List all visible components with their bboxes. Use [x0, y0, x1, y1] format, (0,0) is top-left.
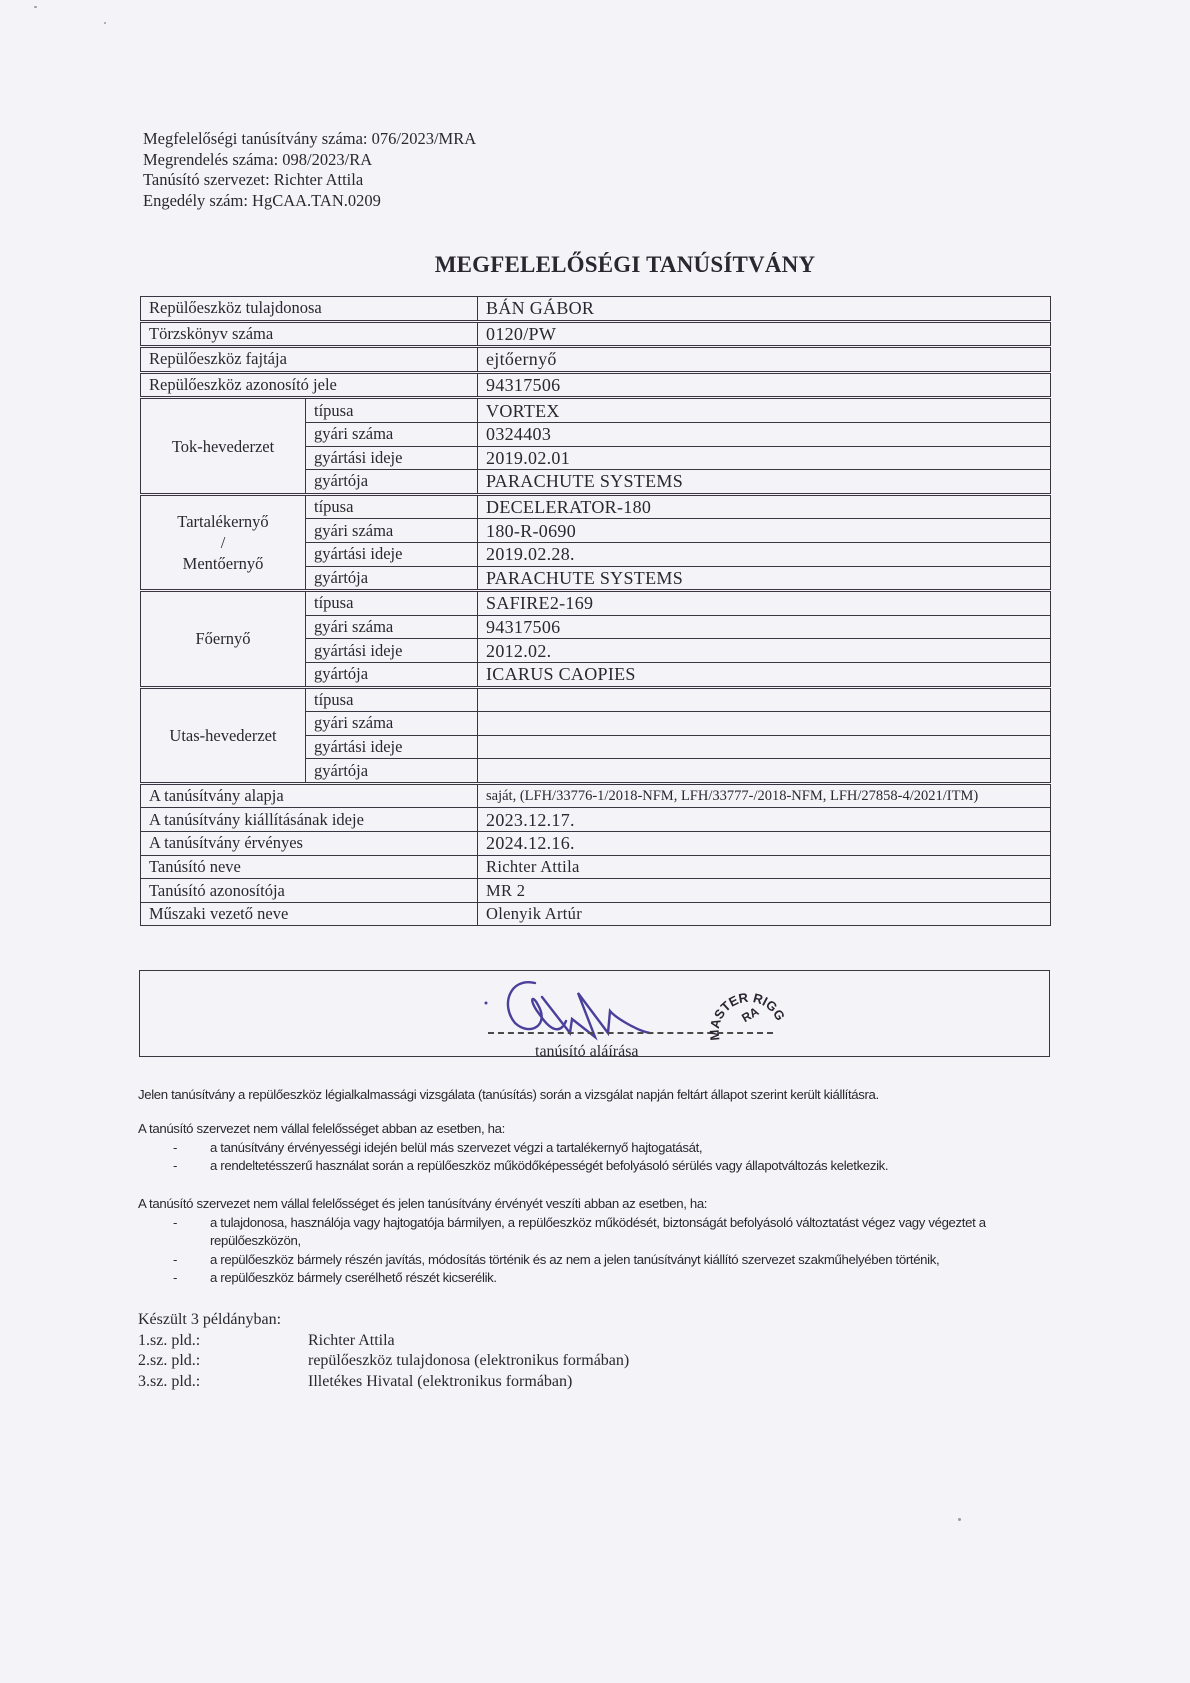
liability-section-2: A tanúsító szervezet nem vállal felelőss…: [138, 1195, 1058, 1288]
master-rigger-stamp-icon: MASTER RIGGER 2 RA: [708, 978, 788, 1048]
sub-label: típusa: [306, 494, 478, 519]
list-item: a repülőeszköz bármely cserélhető részét…: [138, 1269, 1058, 1288]
sub-label: típusa: [306, 398, 478, 423]
row-label: A tanúsítvány érvényes: [141, 832, 478, 856]
sub-label: gyári száma: [306, 615, 478, 639]
header-block: Megfelelőségi tanúsítvány száma: 076/202…: [143, 129, 476, 211]
table-row: Műszaki vezető neve Olenyik Artúr: [141, 902, 1051, 926]
document-title: MEGFELELŐSÉGI TANÚSÍTVÁNY: [0, 252, 1190, 278]
sub-value: DECELERATOR-180: [478, 494, 1051, 519]
liability-list-1: a tanúsítvány érvényességi idején belül …: [138, 1139, 1038, 1176]
sub-value: [478, 735, 1051, 759]
sub-value: 94317506: [478, 615, 1051, 639]
liability-intro-2: A tanúsító szervezet nem vállal felelőss…: [138, 1195, 1058, 1214]
scan-speck: [958, 1518, 961, 1521]
permit-number: Engedély szám: HgCAA.TAN.0209: [143, 191, 476, 212]
list-item: a tulajdonosa, használója vagy hajtogató…: [138, 1214, 1058, 1251]
row-label: Repülőeszköz tulajdonosa: [141, 297, 478, 322]
stamp-inner-text: RA: [739, 1004, 761, 1025]
type-value: ejtőernyő: [478, 347, 1051, 373]
row-label: Műszaki vezető neve: [141, 902, 478, 926]
sub-value: 2012.02.: [478, 639, 1051, 663]
group-label: Utas-hevederzet: [141, 687, 306, 783]
group-label: Tok-hevederzet: [141, 398, 306, 494]
row-label: A tanúsítvány alapja: [141, 783, 478, 808]
sub-label: gyártója: [306, 470, 478, 495]
row-label: Tanúsító neve: [141, 855, 478, 879]
group-label-line: Tartalékernyő: [149, 511, 297, 532]
sub-value: [478, 712, 1051, 736]
issue-date-value: 2023.12.17.: [478, 808, 1051, 832]
sub-value: [478, 687, 1051, 712]
group-label: Tartalékernyő / Mentőernyő: [141, 494, 306, 590]
group-label: Főernyő: [141, 591, 306, 687]
copy-key: 3.sz. pld.:: [138, 1372, 308, 1393]
copies-section: Készült 3 példányban: 1.sz. pld.: Richte…: [138, 1310, 629, 1392]
group-label-line: /: [149, 532, 297, 553]
order-number: Megrendelés száma: 098/2023/RA: [143, 150, 476, 171]
sub-label: gyártási ideje: [306, 735, 478, 759]
scan-speck: [34, 6, 37, 8]
valid-until-value: 2024.12.16.: [478, 832, 1051, 856]
sub-value: 180-R-0690: [478, 519, 1051, 543]
copy-value: repülőeszköz tulajdonosa (elektronikus f…: [308, 1351, 629, 1372]
copy-value: Richter Attila: [308, 1331, 395, 1352]
sub-value: [478, 759, 1051, 784]
list-item: a repülőeszköz bármely részén javítás, m…: [138, 1251, 1058, 1270]
table-row: Repülőeszköz azonosító jele 94317506: [141, 372, 1051, 398]
sub-value: VORTEX: [478, 398, 1051, 423]
table-row: Főernyő típusa SAFIRE2-169: [141, 591, 1051, 616]
group-label-line: Mentőernyő: [149, 553, 297, 574]
sub-value: SAFIRE2-169: [478, 591, 1051, 616]
copy-key: 2.sz. pld.:: [138, 1351, 308, 1372]
sub-label: gyártója: [306, 662, 478, 687]
certificate-table: Repülőeszköz tulajdonosa BÁN GÁBOR Törzs…: [140, 296, 1051, 926]
row-label: Repülőeszköz azonosító jele: [141, 372, 478, 398]
sub-label: gyártási ideje: [306, 446, 478, 470]
id-value: 94317506: [478, 372, 1051, 398]
table-row: A tanúsítvány érvényes 2024.12.16.: [141, 832, 1051, 856]
sub-label: gyártási ideje: [306, 542, 478, 566]
table-row: Tanúsító azonosítója MR 2: [141, 879, 1051, 903]
liability-list-2: a tulajdonosa, használója vagy hajtogató…: [138, 1214, 1058, 1288]
sub-label: gyártója: [306, 566, 478, 591]
liability-intro-1: A tanúsító szervezet nem vállal felelőss…: [138, 1120, 1038, 1139]
certificate-number: Megfelelőségi tanúsítvány száma: 076/202…: [143, 129, 476, 150]
list-item: a tanúsítvány érvényességi idején belül …: [138, 1139, 1038, 1158]
scan-speck: [104, 22, 106, 24]
table-row: A tanúsítvány kiállításának ideje 2023.1…: [141, 808, 1051, 832]
copy-key: 1.sz. pld.:: [138, 1331, 308, 1352]
copy-row: 3.sz. pld.: Illetékes Hivatal (elektroni…: [138, 1372, 629, 1393]
sub-value: PARACHUTE SYSTEMS: [478, 470, 1051, 495]
table-row: Törzskönyv száma 0120/PW: [141, 321, 1051, 347]
table-row: Tartalékernyő / Mentőernyő típusa DECELE…: [141, 494, 1051, 519]
sub-label: gyári száma: [306, 712, 478, 736]
certifier-name-value: Richter Attila: [478, 855, 1051, 879]
copy-row: 1.sz. pld.: Richter Attila: [138, 1331, 629, 1352]
table-row: Repülőeszköz fajtája ejtőernyő: [141, 347, 1051, 373]
sub-label: gyári száma: [306, 519, 478, 543]
sub-label: típusa: [306, 687, 478, 712]
sub-value: ICARUS CAOPIES: [478, 662, 1051, 687]
row-label: Tanúsító azonosítója: [141, 879, 478, 903]
table-row: Utas-hevederzet típusa: [141, 687, 1051, 712]
certifying-org: Tanúsító szervezet: Richter Attila: [143, 170, 476, 191]
table-row: A tanúsítvány alapja saját, (LFH/33776-1…: [141, 783, 1051, 808]
copies-heading: Készült 3 példányban:: [138, 1310, 629, 1331]
registry-value: 0120/PW: [478, 321, 1051, 347]
sub-value: 2019.02.28.: [478, 542, 1051, 566]
table-row: Tok-hevederzet típusa VORTEX: [141, 398, 1051, 423]
row-label: Repülőeszköz fajtája: [141, 347, 478, 373]
sub-label: gyártási ideje: [306, 639, 478, 663]
list-item: a rendeltetésszerű használat során a rep…: [138, 1157, 1038, 1176]
row-label: A tanúsítvány kiállításának ideje: [141, 808, 478, 832]
owner-value: BÁN GÁBOR: [478, 297, 1051, 322]
sub-label: típusa: [306, 591, 478, 616]
disclaimer-paragraph: Jelen tanúsítvány a repülőeszköz légialk…: [138, 1086, 879, 1105]
technical-manager-value: Olenyik Artúr: [478, 902, 1051, 926]
sub-value: 0324403: [478, 422, 1051, 446]
sub-label: gyártója: [306, 759, 478, 784]
copy-value: Illetékes Hivatal (elektronikus formában…: [308, 1372, 572, 1393]
copy-row: 2.sz. pld.: repülőeszköz tulajdonosa (el…: [138, 1351, 629, 1372]
table-row: Tanúsító neve Richter Attila: [141, 855, 1051, 879]
certifier-id-value: MR 2: [478, 879, 1051, 903]
row-label: Törzskönyv száma: [141, 321, 478, 347]
sub-value: 2019.02.01: [478, 446, 1051, 470]
table-row: Repülőeszköz tulajdonosa BÁN GÁBOR: [141, 297, 1051, 322]
signature-label: tanúsító aláírása: [535, 1043, 639, 1061]
basis-value: saját, (LFH/33776-1/2018-NFM, LFH/33777-…: [478, 783, 1051, 808]
sub-value: PARACHUTE SYSTEMS: [478, 566, 1051, 591]
sub-label: gyári száma: [306, 422, 478, 446]
liability-section-1: A tanúsító szervezet nem vállal felelőss…: [138, 1120, 1038, 1176]
